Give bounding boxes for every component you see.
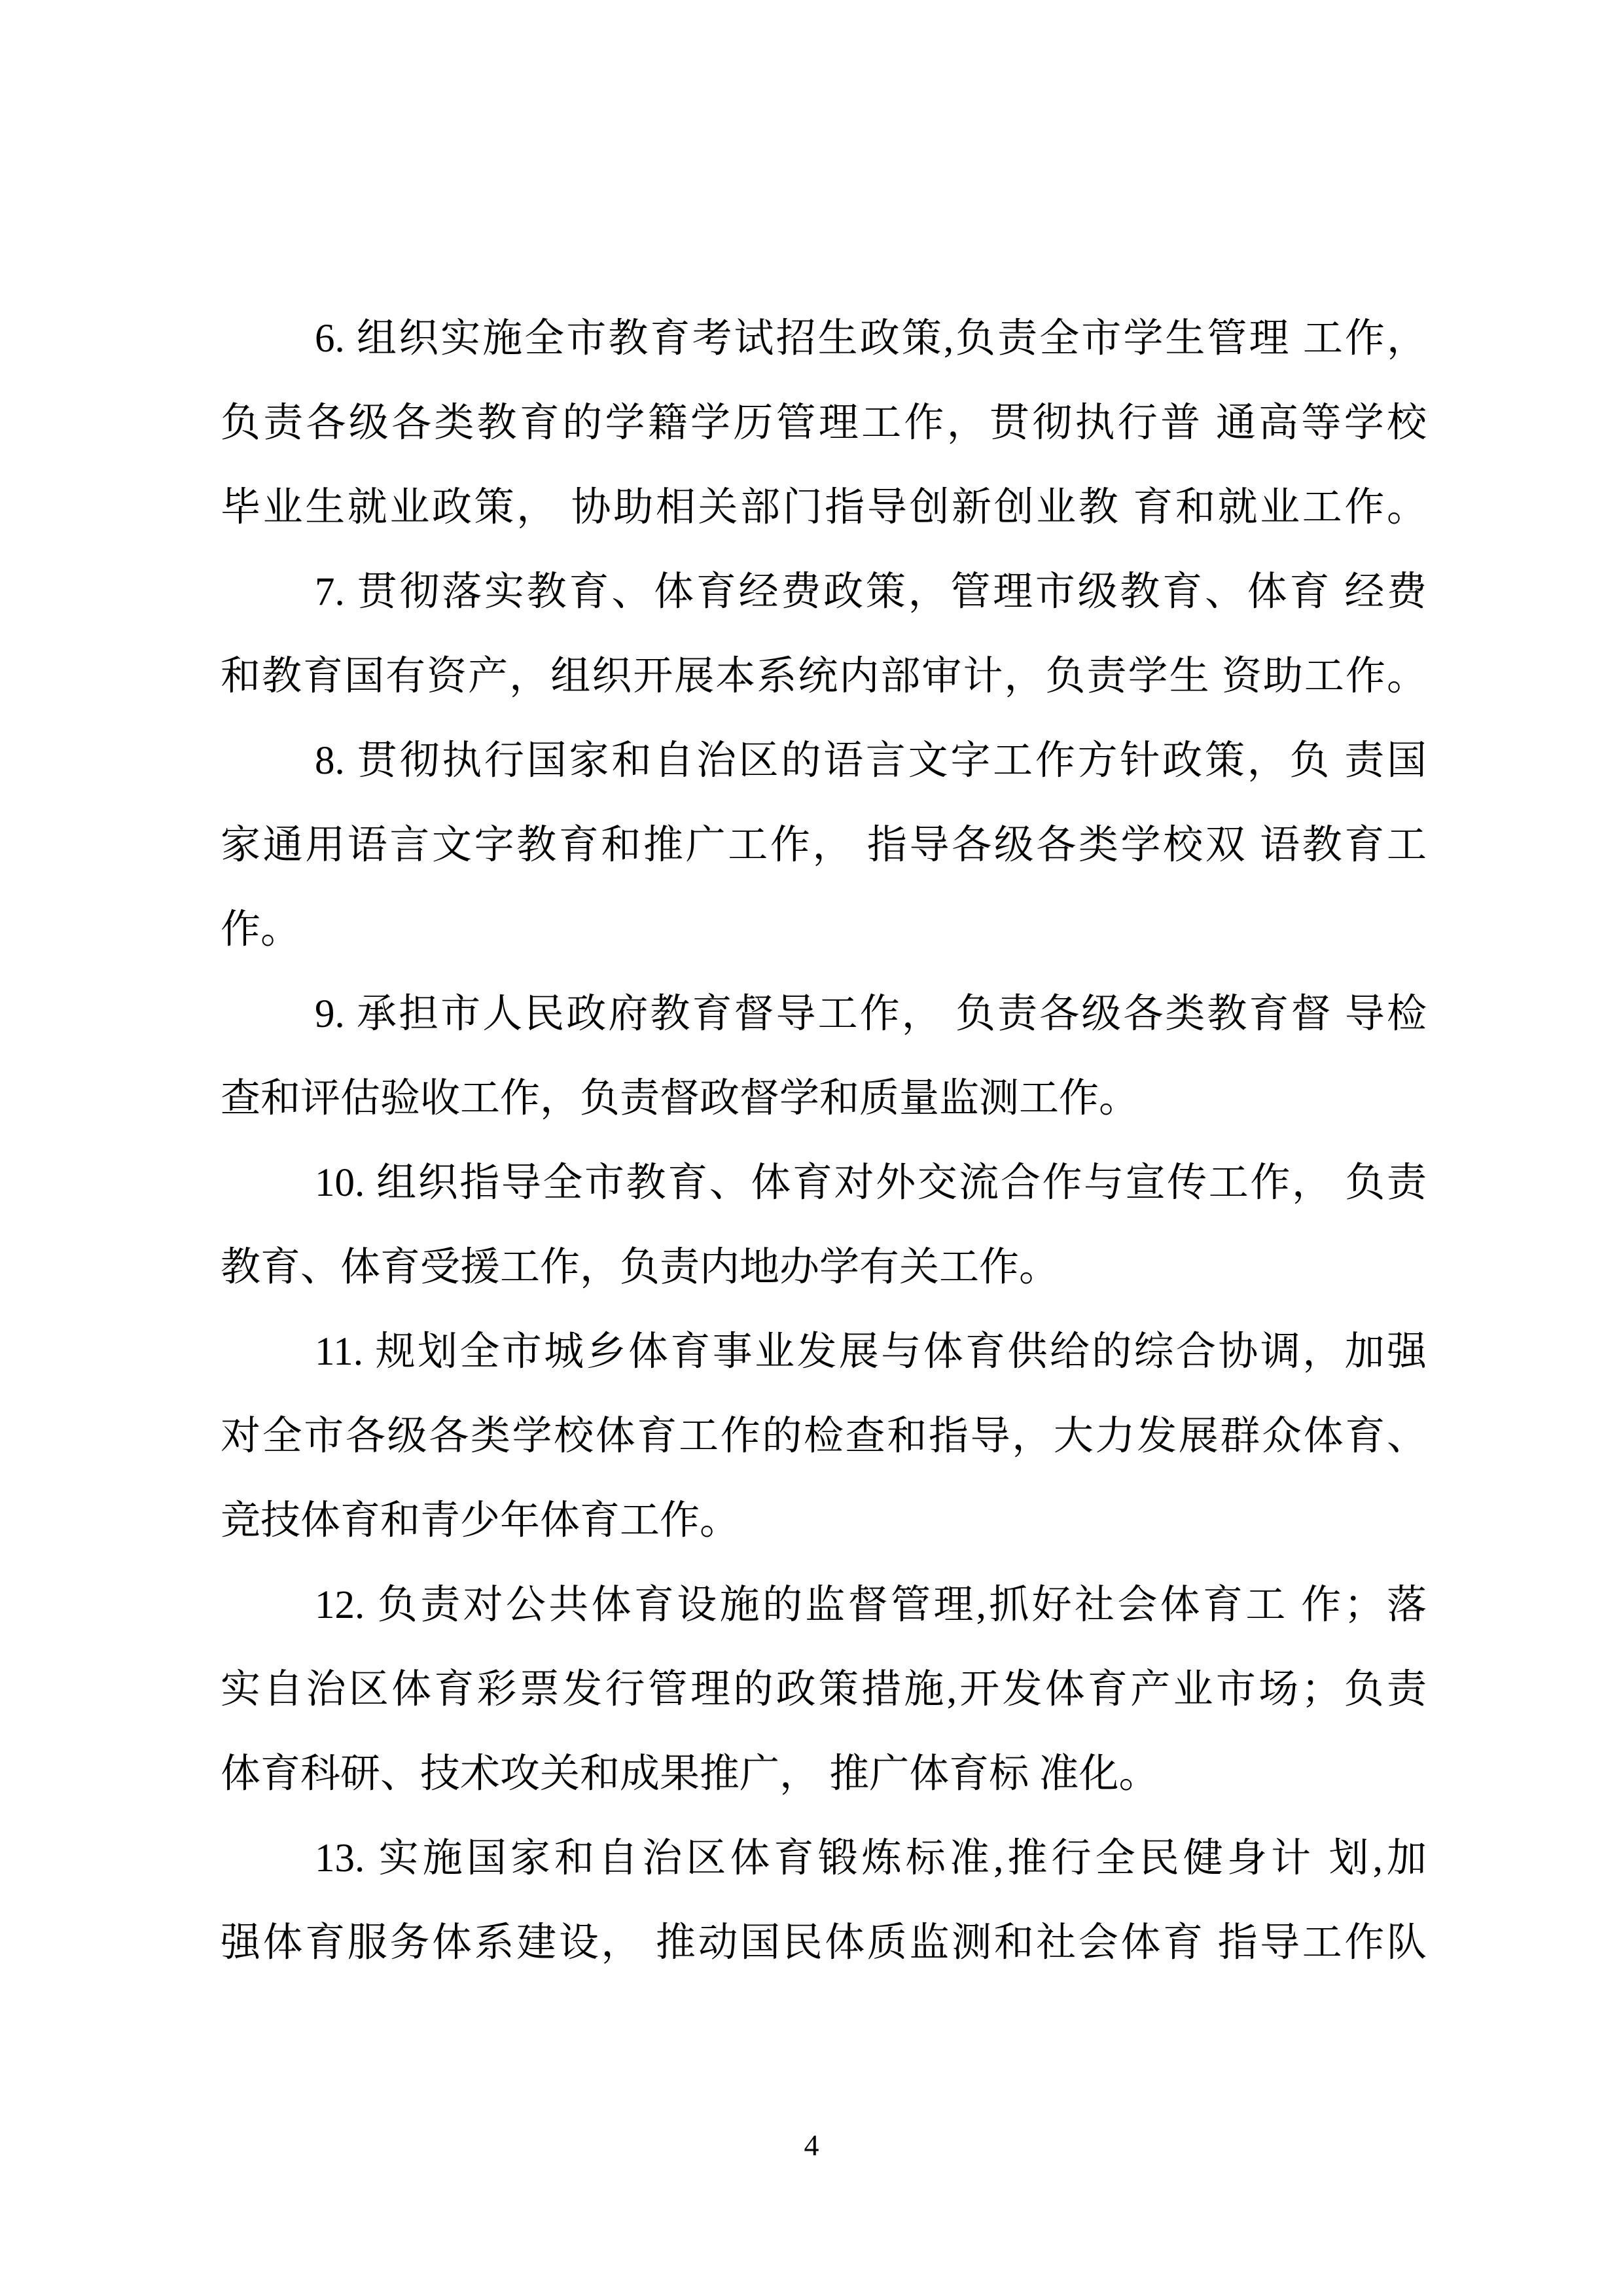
text-line: 体育科研、技术攻关和成果推广， 推广体育标 准化。 (221, 1732, 1427, 1816)
text-line: 家通用语言文字教育和推广工作， 指导各级各类学校双 语教育工 (221, 803, 1427, 888)
text-line: 毕业生就业政策， 协助相关部门指导创新创业教 育和就业工作。 (221, 465, 1427, 550)
text-line: 7. 贯彻落实教育、体育经费政策，管理市级教育、体育 经费 (221, 550, 1427, 634)
text-line: 12. 负责对公共体育设施的监督管理,抓好社会体育工 作；落 (221, 1563, 1427, 1647)
text-line: 11. 规划全市城乡体育事业发展与体育供给的综合协调，加强 (221, 1310, 1427, 1394)
text-line: 10. 组织指导全市教育、体育对外交流合作与宣传工作， 负责 (221, 1141, 1427, 1225)
page-number: 4 (0, 2126, 1623, 2165)
body-text: 6. 组织实施全市教育考试招生政策,负责全市学生管理 工作， 负责各级各类教育的… (221, 296, 1427, 1985)
text-line: 和教育国有资产，组织开展本系统内部审计，负责学生 资助工作。 (221, 634, 1427, 719)
text-line: 作。 (221, 888, 1427, 972)
text-line: 6. 组织实施全市教育考试招生政策,负责全市学生管理 工作， (221, 296, 1427, 381)
text-line: 负责各级各类教育的学籍学历管理工作，贯彻执行普 通高等学校 (221, 381, 1427, 465)
text-line: 13. 实施国家和自治区体育锻炼标准,推行全民健身计 划,加 (221, 1816, 1427, 1901)
text-line: 实自治区体育彩票发行管理的政策措施,开发体育产业市场；负责 (221, 1647, 1427, 1732)
text-line: 9. 承担市人民政府教育督导工作， 负责各级各类教育督 导检 (221, 972, 1427, 1056)
text-line: 教育、体育受援工作，负责内地办学有关工作。 (221, 1225, 1427, 1310)
text-line: 对全市各级各类学校体育工作的检查和指导，大力发展群众体育、 (221, 1394, 1427, 1479)
text-line: 查和评估验收工作，负责督政督学和质量监测工作。 (221, 1056, 1427, 1141)
text-line: 强体育服务体系建设， 推动国民体质监测和社会体育 指导工作队 (221, 1901, 1427, 1985)
text-line: 竞技体育和青少年体育工作。 (221, 1479, 1427, 1563)
document-page: { "document": { "page_number": "4", "lin… (0, 0, 1623, 2296)
text-line: 8. 贯彻执行国家和自治区的语言文字工作方针政策，负 责国 (221, 719, 1427, 803)
